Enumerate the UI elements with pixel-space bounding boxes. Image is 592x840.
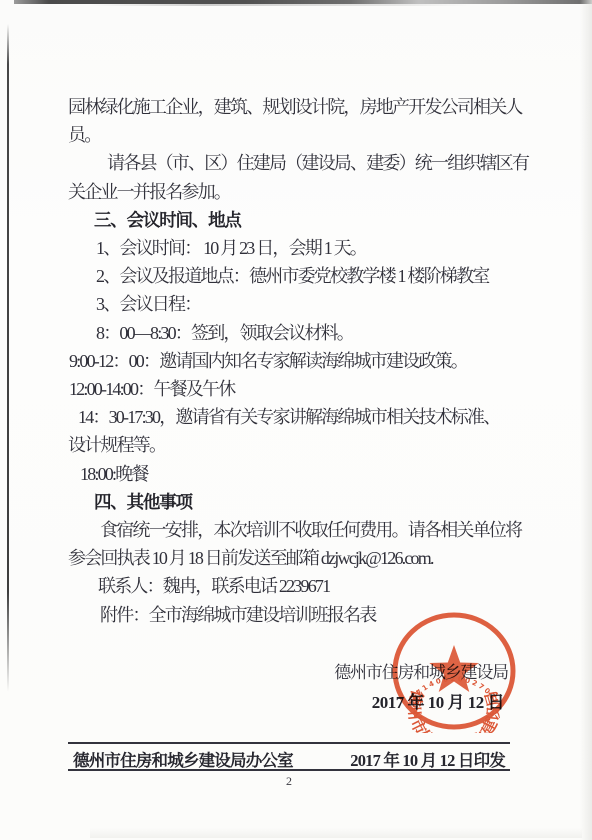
footer-office-name: 德州市住房和城乡建设局办公室 [73,747,293,771]
body-line: 1、会议时间： 10 月 23 日，会期 1 天。 [68,234,509,262]
body-line: 参会回执表 10 月 18 日前发送至邮箱 dzjwcjk@126.com. [68,544,509,572]
body-line: 18:00:晚餐 [68,460,509,488]
section-heading-line: 四、其他事项 [68,488,509,516]
body-line: 2、会议及报道地点：德州市委党校教学楼 1 楼阶梯教室 [68,262,509,290]
section-heading-line: 三、会议时间、地点 [68,206,509,234]
footer-row: 德州市住房和城乡建设局办公室 2017 年 10 月 12 日印发 [73,747,505,771]
body-line: 请各县（市、区）住建局（建设局、建委）统一组织辖区有 [68,149,509,177]
body-line: 设计规程等。 [68,431,509,459]
official-seal: 德州市住房和城乡建设局 3714002002707 [390,609,518,733]
body-line: 14：30-17:30，邀请省有关专家讲解海绵城市相关技术标准、 [68,403,509,431]
body-line: 食宿统一安排，本次培训不收取任何费用。请各相关单位将 [68,516,509,544]
body-line: 8：00—8:30：签到，领取会议材料。 [68,319,509,347]
body-line: 12:00-14:00：午餐及午休 [68,375,509,403]
body-line: 3、会议日程： [68,290,509,318]
scan-edge-left-line [7,24,9,692]
footer-rule-top [68,742,510,744]
body-line: 关企业一并报名参加。 [68,178,509,206]
body-line: 员。 [68,121,509,149]
scan-edge-top-shadow [90,4,472,6]
body-line: 园林绿化施工企业，建筑、规划设计院，房地产开发公司相关人 [68,93,509,121]
scanned-document-page: 园林绿化施工企业，建筑、规划设计院，房地产开发公司相关人员。请各县（市、区）住建… [0,0,592,840]
page-number: 2 [68,774,510,789]
scan-smudge-bottom [90,828,582,838]
footer-rule-bottom [68,769,510,771]
body-line: 9:00-12：00：邀请国内知名专家解读海绵城市建设政策。 [68,347,509,375]
scan-edge-right-shading [580,0,592,840]
footer-issue-date: 2017 年 10 月 12 日印发 [350,747,505,771]
document-body: 园林绿化施工企业，建筑、规划设计院，房地产开发公司相关人员。请各县（市、区）住建… [68,93,509,629]
body-line: 联系人：魏冉，联系电话 2239671 [68,572,509,600]
